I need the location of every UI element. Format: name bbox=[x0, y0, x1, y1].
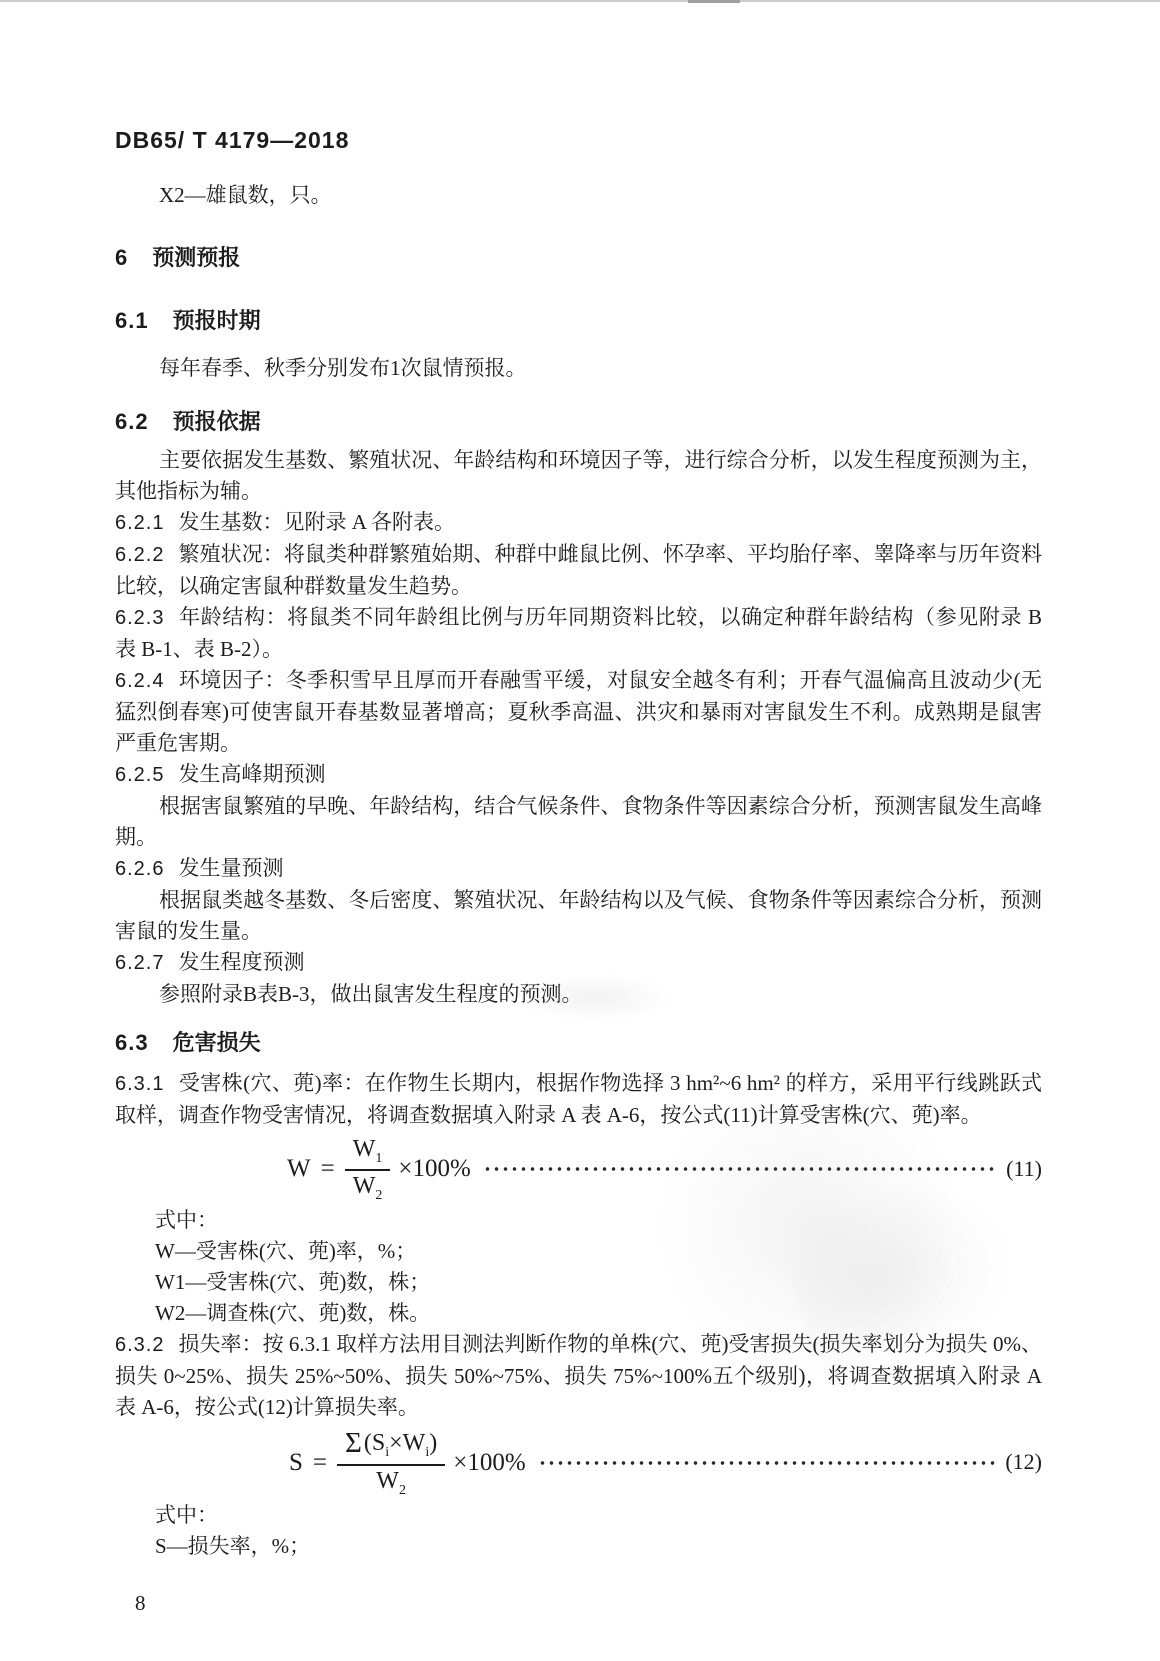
formula-11-den-sub: 2 bbox=[375, 1188, 382, 1203]
page-content: DB65/ T 4179—2018 X2—雄鼠数，只。 6预测预报 6.1预报时… bbox=[0, 0, 1160, 1619]
clause-6-2-7-heading: 6.2.7发生程度预测 bbox=[115, 947, 1042, 979]
document-number-header: DB65/ T 4179—2018 bbox=[115, 128, 1042, 152]
clause-6-2-3-number: 6.2.3 bbox=[115, 607, 164, 629]
page-number: 8 bbox=[115, 1588, 1042, 1619]
clause-6-2-4: 6.2.4环境因子：冬季积雪早且厚而开春融雪平缓，对鼠安全越冬有利；开春气温偏高… bbox=[115, 665, 1042, 759]
variable-note-x2: X2—雄鼠数，只。 bbox=[115, 180, 1042, 211]
formula-11-multiplier: ×100% bbox=[398, 1155, 470, 1183]
section-6-title: 预测预报 bbox=[152, 245, 240, 270]
formula-12-num-open: (S bbox=[364, 1430, 385, 1456]
clause-6-2-7-number: 6.2.7 bbox=[115, 952, 164, 974]
section-6-1-heading: 6.1预报时期 bbox=[115, 306, 1042, 336]
clause-6-2-6-body: 根据鼠类越冬基数、冬后密度、繁殖状况、年龄结构以及气候、食物条件等因素综合分析，… bbox=[115, 885, 1042, 947]
clause-6-3-1: 6.3.1受害株(穴、蔸)率：在作物生长期内，根据作物选择 3 hm²~6 hm… bbox=[115, 1068, 1042, 1131]
clause-6-3-1-number: 6.3.1 bbox=[115, 1073, 164, 1095]
clause-6-2-1-number: 6.2.1 bbox=[115, 512, 164, 534]
clause-6-2-4-text: 环境因子：冬季积雪早且厚而开春融雪平缓，对鼠安全越冬有利；开春气温偏高且波动少(… bbox=[115, 668, 1042, 755]
formula-12-num-close: ) bbox=[429, 1430, 437, 1456]
scan-edge-notch bbox=[688, 0, 740, 3]
formula-11-numerator: W1 bbox=[345, 1135, 391, 1171]
clause-6-2-7-title: 发生程度预测 bbox=[178, 951, 304, 974]
dot-leader bbox=[483, 1165, 996, 1173]
formula-11-den-base: W bbox=[353, 1173, 376, 1199]
clause-6-3-1-text: 受害株(穴、蔸)率：在作物生长期内，根据作物选择 3 hm²~6 hm² 的样方… bbox=[115, 1071, 1042, 1127]
formula-12-denominator: W2 bbox=[368, 1466, 414, 1498]
formula-12: S = Σ(Si×Wi) W2 ×100% (12) bbox=[115, 1427, 1042, 1497]
formula-12-where-lead: 式中： bbox=[115, 1500, 1042, 1531]
formula-12-lhs: S bbox=[289, 1449, 303, 1477]
section-6-3-number: 6.3 bbox=[115, 1030, 149, 1055]
formula-11-where-lead: 式中： bbox=[115, 1205, 1042, 1236]
section-6-3-heading: 6.3危害损失 bbox=[115, 1028, 1042, 1058]
scan-edge-line bbox=[0, 0, 1160, 2]
formula-12-num-mid: ×W bbox=[389, 1430, 425, 1456]
clause-6-3-2: 6.3.2损失率：按 6.3.1 取样方法用目测法判断作物的单株(穴、蔸)受害损… bbox=[115, 1329, 1042, 1423]
clause-6-2-5-heading: 6.2.5发生高峰期预测 bbox=[115, 759, 1042, 791]
clause-6-2-1-text: 发生基数：见附录 A 各附表。 bbox=[178, 510, 455, 534]
formula-12-where-s: S—损失率，%； bbox=[115, 1531, 1042, 1562]
clause-6-2-5-number: 6.2.5 bbox=[115, 764, 164, 786]
section-6-2-heading: 6.2预报依据 bbox=[115, 407, 1042, 437]
clause-6-2-1: 6.2.1发生基数：见附录 A 各附表。 bbox=[115, 507, 1042, 539]
clause-6-2-2-text: 繁殖状况：将鼠类种群繁殖始期、种群中雌鼠比例、怀孕率、平均胎仔率、睾降率与历年资… bbox=[115, 542, 1042, 598]
scanned-document-page: { "page": { "header": "DB65/ T 4179—2018… bbox=[0, 0, 1160, 1661]
section-6-number: 6 bbox=[115, 245, 128, 270]
clause-6-2-2: 6.2.2繁殖状况：将鼠类种群繁殖始期、种群中雌鼠比例、怀孕率、平均胎仔率、睾降… bbox=[115, 539, 1042, 602]
formula-11-where-w: W—受害株(穴、蔸)率，%； bbox=[115, 1236, 1042, 1267]
formula-11-label: (11) bbox=[1006, 1157, 1042, 1181]
section-6-2-number: 6.2 bbox=[115, 409, 149, 434]
formula-12-fraction: Σ(Si×Wi) W2 bbox=[337, 1427, 445, 1497]
clause-6-2-5-body: 根据害鼠繁殖的早晚、年龄结构，结合气候条件、食物条件等因素综合分析，预测害鼠发生… bbox=[115, 791, 1042, 853]
formula-11-num-sub: 1 bbox=[375, 1151, 382, 1166]
sigma-symbol: Σ bbox=[345, 1427, 362, 1459]
clause-6-2-4-number: 6.2.4 bbox=[115, 670, 164, 692]
dot-leader bbox=[538, 1459, 996, 1467]
formula-11-fraction: W1 W2 bbox=[345, 1135, 391, 1203]
formula-12-den-sub: 2 bbox=[399, 1482, 406, 1497]
formula-11-equals: = bbox=[321, 1155, 335, 1183]
formula-12-label: (12) bbox=[1005, 1450, 1042, 1474]
clause-6-2-3: 6.2.3年龄结构：将鼠类不同年龄组比例与历年同期资料比较，以确定种群年龄结构（… bbox=[115, 602, 1042, 665]
formula-11-where-w2: W2—调查株(穴、蔸)数，株。 bbox=[115, 1298, 1042, 1329]
clause-6-2-2-number: 6.2.2 bbox=[115, 544, 164, 566]
formula-12-multiplier: ×100% bbox=[453, 1449, 525, 1477]
section-6-2-intro: 主要依据发生基数、繁殖状况、年龄结构和环境因子等，进行综合分析，以发生程度预测为… bbox=[115, 445, 1042, 507]
clause-6-2-3-text: 年龄结构：将鼠类不同年龄组比例与历年同期资料比较，以确定种群年龄结构（参见附录 … bbox=[115, 605, 1042, 661]
formula-11-lhs: W bbox=[287, 1155, 311, 1183]
formula-11-where-w1: W1—受害株(穴、蔸)数，株； bbox=[115, 1267, 1042, 1298]
section-6-1-title: 预报时期 bbox=[173, 308, 261, 333]
section-6-1-number: 6.1 bbox=[115, 308, 149, 333]
formula-11-num-base: W bbox=[353, 1136, 376, 1162]
clause-6-2-6-number: 6.2.6 bbox=[115, 858, 164, 880]
section-6-3-title: 危害损失 bbox=[173, 1030, 261, 1055]
section-6-1-body: 每年春季、秋季分别发布1次鼠情预报。 bbox=[115, 353, 1042, 384]
clause-6-2-6-heading: 6.2.6发生量预测 bbox=[115, 853, 1042, 885]
clause-6-3-2-text: 损失率：按 6.3.1 取样方法用目测法判断作物的单株(穴、蔸)受害损失(损失率… bbox=[115, 1332, 1042, 1419]
clause-6-2-6-title: 发生量预测 bbox=[178, 857, 283, 880]
clause-6-2-7-body: 参照附录B表B-3，做出鼠害发生程度的预测。 bbox=[115, 979, 1042, 1010]
clause-6-3-2-number: 6.3.2 bbox=[115, 1334, 164, 1356]
formula-11-denominator: W2 bbox=[345, 1171, 391, 1203]
formula-12-den-base: W bbox=[376, 1468, 399, 1494]
formula-12-numerator: Σ(Si×Wi) bbox=[337, 1427, 445, 1465]
clause-6-2-5-title: 发生高峰期预测 bbox=[178, 763, 325, 786]
formula-11: W = W1 W2 ×100% (11) bbox=[115, 1135, 1042, 1203]
section-6-heading: 6预测预报 bbox=[115, 243, 1042, 273]
formula-12-equals: = bbox=[313, 1449, 327, 1477]
section-6-2-title: 预报依据 bbox=[173, 409, 261, 434]
